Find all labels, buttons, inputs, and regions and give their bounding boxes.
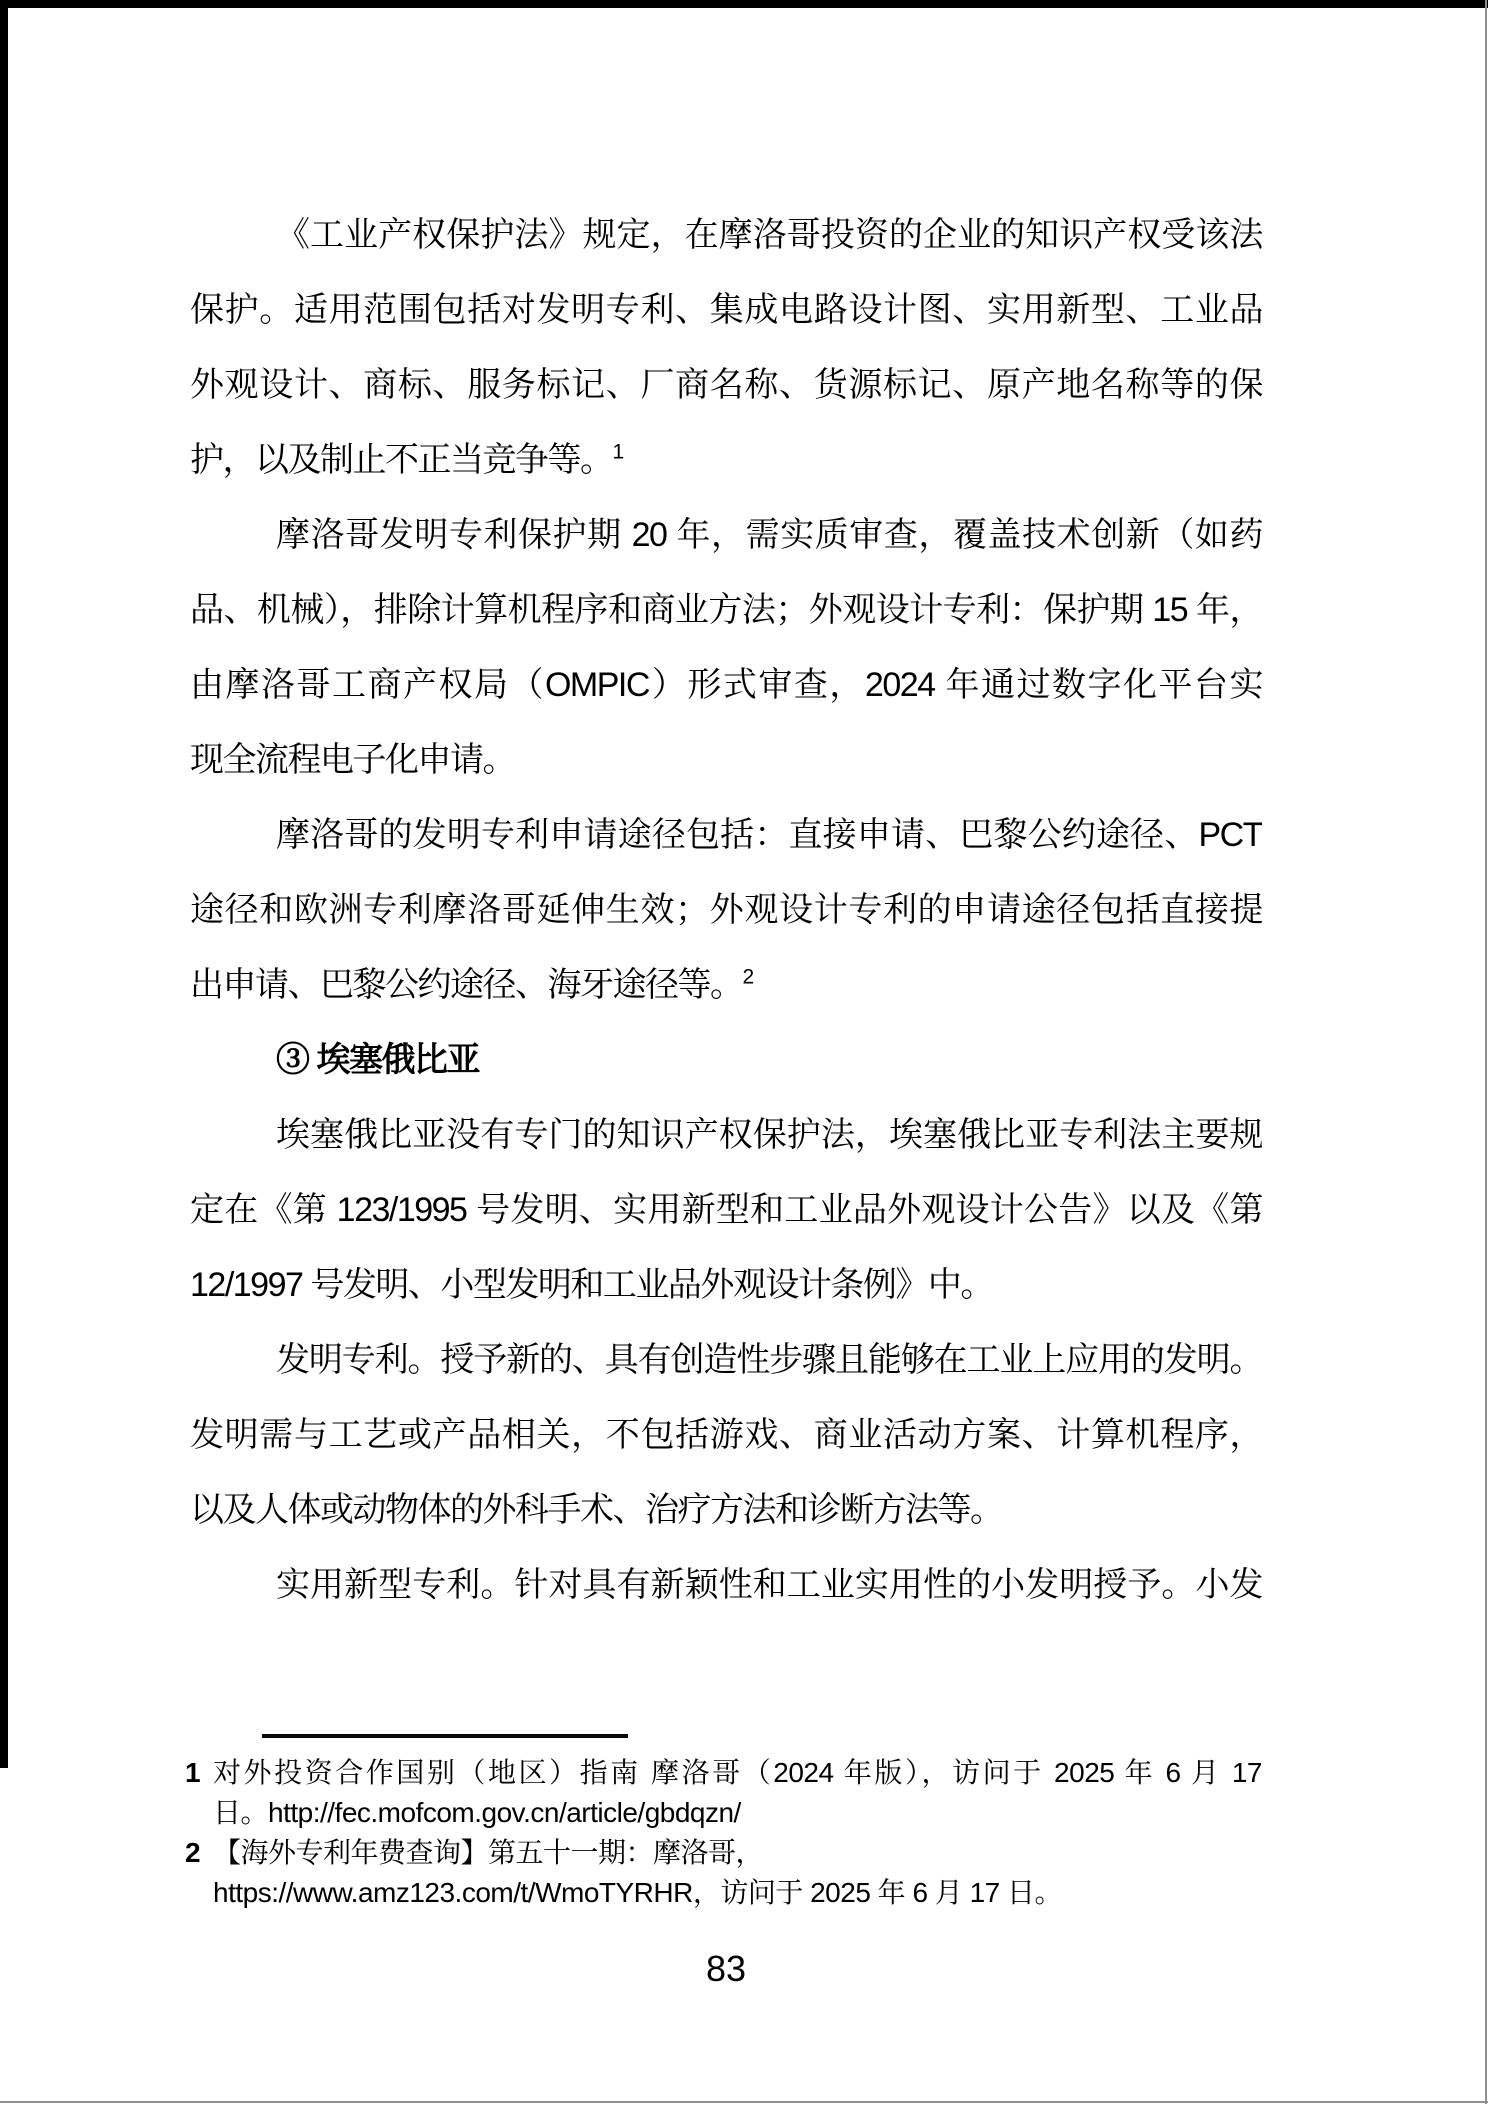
body-text: 《工业产权保护法》规定，在摩洛哥投资的企业的知识产权受该法 保护。适用范围包括对…: [190, 198, 1262, 1623]
body-text-line: 埃塞俄比亚没有专门的知识产权保护法，埃塞俄比亚专利法主要规: [190, 1098, 1262, 1173]
body-text-line: 12/1997 号发明、小型发明和工业品外观设计条例》中。: [190, 1248, 1262, 1323]
body-text-line: 发明需与工艺或产品相关，不包括游戏、商业活动方案、计算机程序，: [190, 1398, 1262, 1473]
page-frame-left: [0, 0, 8, 1768]
footnote-text: 【海外专利年费查询】第五十一期：摩洛哥， https://www.amz123.…: [213, 1833, 1262, 1913]
page-frame-right: [1485, 0, 1487, 2104]
section-heading: ③ 埃塞俄比亚: [190, 1023, 1262, 1098]
footnote-line: https://www.amz123.com/t/WmoTYRHR，访问于 20…: [213, 1873, 1262, 1913]
footnote-separator: [262, 1734, 628, 1738]
footnote-line: 对外投资合作国别（地区）指南 摩洛哥（2024 年版），访问于 2025 年 6…: [213, 1753, 1262, 1793]
footnote-ref-1: 1: [613, 441, 625, 464]
footnote-2: 2 【海外专利年费查询】第五十一期：摩洛哥， https://www.amz12…: [185, 1833, 1262, 1913]
body-text-line: 发明专利。授予新的、具有创造性步骤且能够在工业上应用的发明。: [190, 1323, 1262, 1398]
body-text-line: 外观设计、商标、服务标记、厂商名称、货源标记、原产地名称等的保: [190, 348, 1262, 423]
footnote-number: 2: [185, 1833, 213, 1913]
footnote-text: 对外投资合作国别（地区）指南 摩洛哥（2024 年版），访问于 2025 年 6…: [213, 1753, 1262, 1833]
body-text-line: 摩洛哥的发明专利申请途径包括：直接申请、巴黎公约途径、PCT: [190, 798, 1262, 873]
body-text-line: 护，以及制止不正当竞争等。1: [190, 423, 1262, 498]
body-text-line: 以及人体或动物体的外科手术、治疗方法和诊断方法等。: [190, 1473, 1262, 1548]
body-text-line: 出申请、巴黎公约途径、海牙途径等。2: [190, 948, 1262, 1023]
page-frame-top: [0, 0, 1488, 8]
body-text-line: 摩洛哥发明专利保护期 20 年，需实质审查，覆盖技术创新（如药: [190, 498, 1262, 573]
footnote-1: 1 对外投资合作国别（地区）指南 摩洛哥（2024 年版），访问于 2025 年…: [185, 1753, 1262, 1833]
document-page: 《工业产权保护法》规定，在摩洛哥投资的企业的知识产权受该法 保护。适用范围包括对…: [0, 0, 1488, 2104]
body-text-segment: 出申请、巴黎公约途径、海牙途径等。: [190, 966, 743, 1004]
body-text-segment: 护，以及制止不正当竞争等。: [190, 441, 613, 479]
footnote-line: 【海外专利年费查询】第五十一期：摩洛哥，: [213, 1833, 1262, 1873]
body-text-line: 实用新型专利。针对具有新颖性和工业实用性的小发明授予。小发: [190, 1548, 1262, 1623]
footnote-number: 1: [185, 1753, 213, 1833]
footnote-line: 日。http://fec.mofcom.gov.cn/article/gbdqz…: [213, 1793, 1262, 1833]
page-number: 83: [190, 1946, 1262, 1992]
body-text-line: 现全流程电子化申请。: [190, 723, 1262, 798]
body-text-line: 《工业产权保护法》规定，在摩洛哥投资的企业的知识产权受该法: [190, 198, 1262, 273]
body-text-line: 保护。适用范围包括对发明专利、集成电路设计图、实用新型、工业品: [190, 273, 1262, 348]
footnote-ref-2: 2: [743, 966, 755, 989]
body-text-line: 定在《第 123/1995 号发明、实用新型和工业品外观设计公告》以及《第: [190, 1173, 1262, 1248]
footnotes-section: 1 对外投资合作国别（地区）指南 摩洛哥（2024 年版），访问于 2025 年…: [185, 1753, 1262, 1913]
body-text-line: 品、机械），排除计算机程序和商业方法；外观设计专利：保护期 15 年，: [190, 573, 1262, 648]
body-text-line: 途径和欧洲专利摩洛哥延伸生效；外观设计专利的申请途径包括直接提: [190, 873, 1262, 948]
page-frame-bottom: [0, 2101, 1488, 2103]
body-text-line: 由摩洛哥工商产权局（OMPIC）形式审查，2024 年通过数字化平台实: [190, 648, 1262, 723]
